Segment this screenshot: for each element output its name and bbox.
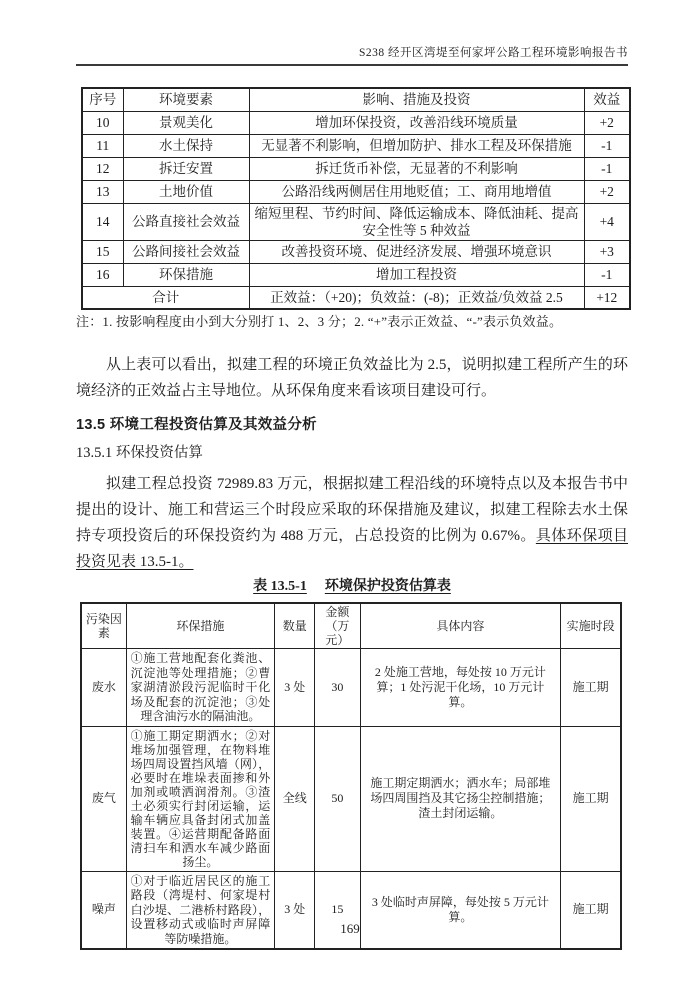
cell-period: 施工期: [561, 871, 621, 949]
cell-detail: 3 处临时声屏障，每处按 5 万元计算。: [360, 871, 561, 949]
cell-impact: 改善投资环境、促进经济发展、增强环境意识: [249, 240, 584, 263]
cell-benefit: +3: [584, 240, 630, 263]
cell-element: 水土保持: [123, 134, 249, 157]
section-heading: 13.5 环境工程投资估算及其效益分析: [76, 415, 628, 435]
cell-factor: 废水: [81, 649, 126, 727]
cell-seq: 15: [82, 240, 123, 263]
table-row: 12 拆迁安置 拆迁货币补偿，无显著的不利影响 -1: [82, 157, 630, 180]
table-row: 15 公路间接社会效益 改善投资环境、促进经济发展、增强环境意识 +3: [82, 240, 630, 263]
cell-impact: 缩短里程、节约时间、降低运输成本、降低油耗、提高安全性等 5 种效益: [249, 203, 584, 240]
cell-element: 土地价值: [123, 180, 249, 203]
investment-estimate-table: 污染因素 环保措施 数量 金额（万元） 具体内容 实施时段 废水 ①施工营地配套…: [80, 602, 622, 950]
cell-seq: 10: [82, 111, 123, 134]
header-rule: [76, 64, 628, 66]
cell-measures: ①施工营地配套化粪池、沉淀池等处理措施；②曹家湖清淤段污泥临时干化场及配套的沉淀…: [126, 649, 275, 727]
header-amount: 金额（万元）: [315, 603, 360, 649]
table2-title-label: 表 13.5-1: [253, 579, 307, 594]
cell-element: 公路直接社会效益: [123, 203, 249, 240]
table-header-row: 污染因素 环保措施 数量 金额（万元） 具体内容 实施时段: [81, 603, 621, 649]
cell-detail: 2 处施工营地，每处按 10 万元计算；1 处污泥干化场，10 万元计算。: [360, 649, 561, 727]
cell-qty: 3 处: [275, 871, 315, 949]
cell-seq: 11: [82, 134, 123, 157]
header-benefit: 效益: [584, 88, 630, 111]
cell-total-label: 合计: [82, 286, 249, 309]
paragraph-investment: 拟建工程总投资 72989.83 万元，根据拟建工程沿线的环境特点以及本报告书中…: [76, 471, 628, 575]
table-row: 10 景观美化 增加环保投资，改善沿线环境质量 +2: [82, 111, 630, 134]
cell-impact: 公路沿线两侧居住用地贬值；工、商用地增值: [249, 180, 584, 203]
cell-element: 景观美化: [123, 111, 249, 134]
cell-factor: 噪声: [81, 871, 126, 949]
table2-title: 表 13.5-1环境保护投资估算表: [76, 578, 628, 596]
cell-seq: 14: [82, 203, 123, 240]
cell-benefit: +2: [584, 180, 630, 203]
cell-detail: 施工期定期洒水；洒水车；局部堆场四周围挡及其它扬尘控制措施；渣土封闭运输。: [360, 726, 561, 871]
table-row-wastewater: 废水 ①施工营地配套化粪池、沉淀池等处理措施；②曹家湖清淤段污泥临时干化场及配套…: [81, 649, 621, 727]
cell-benefit: -1: [584, 263, 630, 286]
cell-benefit: -1: [584, 134, 630, 157]
cell-period: 施工期: [561, 726, 621, 871]
cell-measures: ①对于临近居民区的施工路段（湾堤村、何家堤村白沙堤、二港桥村路段），设置移动式或…: [126, 871, 275, 949]
table-row: 14 公路直接社会效益 缩短里程、节约时间、降低运输成本、降低油耗、提高安全性等…: [82, 203, 630, 240]
cell-benefit: -1: [584, 157, 630, 180]
cell-element: 拆迁安置: [123, 157, 249, 180]
benefit-summary-table: 序号 环境要素 影响、措施及投资 效益 10 景观美化 增加环保投资，改善沿线环…: [81, 87, 631, 310]
table-row: 16 环保措施 增加工程投资 -1: [82, 263, 630, 286]
document-page: S238 经开区湾堤至何家坪公路工程环境影响报告书 序号 环境要素 影响、措施及…: [0, 0, 700, 990]
cell-amount: 15: [315, 871, 360, 949]
header-qty: 数量: [275, 603, 315, 649]
cell-factor: 废气: [81, 726, 126, 871]
table-note: 注：1. 按影响程度由小到大分别打 1、2、3 分；2. “+”表示正效益、“-…: [76, 313, 628, 331]
cell-measures: ①施工期定期洒水；②对堆场加强管理，在物料堆场四周设置挡风墙（网），必要时在堆垛…: [126, 726, 275, 871]
subsection-heading: 13.5.1 环保投资估算: [76, 443, 628, 463]
cell-seq: 12: [82, 157, 123, 180]
cell-element: 环保措施: [123, 263, 249, 286]
table-row-noise: 噪声 ①对于临近居民区的施工路段（湾堤村、何家堤村白沙堤、二港桥村路段），设置移…: [81, 871, 621, 949]
cell-impact: 拆迁货币补偿，无显著的不利影响: [249, 157, 584, 180]
cell-total-benefit: +12: [584, 286, 630, 309]
header-element: 环境要素: [123, 88, 249, 111]
page-content: S238 经开区湾堤至何家坪公路工程环境影响报告书 序号 环境要素 影响、措施及…: [0, 0, 700, 950]
header-period: 实施时段: [561, 603, 621, 649]
header-impact: 影响、措施及投资: [249, 88, 584, 111]
cell-amount: 30: [315, 649, 360, 727]
table-header-row: 序号 环境要素 影响、措施及投资 效益: [82, 88, 630, 111]
cell-impact: 增加工程投资: [249, 263, 584, 286]
header-seq: 序号: [82, 88, 123, 111]
cell-benefit: +4: [584, 203, 630, 240]
paragraph-conclusion: 从上表可以看出，拟建工程的环境正负效益比为 2.5，说明拟建工程所产生的环境经济…: [76, 352, 628, 404]
header-factor: 污染因素: [81, 603, 126, 649]
table-total-row: 合计 正效益：（+20)；负效益：(-8)；正效益/负效益 2.5 +12: [82, 286, 630, 309]
table-row: 13 土地价值 公路沿线两侧居住用地贬值；工、商用地增值 +2: [82, 180, 630, 203]
cell-amount: 50: [315, 726, 360, 871]
cell-seq: 16: [82, 263, 123, 286]
cell-element: 公路间接社会效益: [123, 240, 249, 263]
cell-benefit: +2: [584, 111, 630, 134]
table2-title-text: 环境保护投资估算表: [325, 579, 451, 594]
header-detail: 具体内容: [360, 603, 561, 649]
header-measures: 环保措施: [126, 603, 275, 649]
cell-impact: 增加环保投资，改善沿线环境质量: [249, 111, 584, 134]
table-row-wastegas: 废气 ①施工期定期洒水；②对堆场加强管理，在物料堆场四周设置挡风墙（网），必要时…: [81, 726, 621, 871]
table-row: 11 水土保持 无显著不利影响，但增加防护、排水工程及环保措施 -1: [82, 134, 630, 157]
page-number: 169: [0, 921, 700, 937]
cell-qty: 3 处: [275, 649, 315, 727]
cell-seq: 13: [82, 180, 123, 203]
document-header-title: S238 经开区湾堤至何家坪公路工程环境影响报告书: [76, 46, 628, 61]
cell-impact: 无显著不利影响，但增加防护、排水工程及环保措施: [249, 134, 584, 157]
cell-qty: 全线: [275, 726, 315, 871]
cell-total-impact: 正效益：（+20)；负效益：(-8)；正效益/负效益 2.5: [249, 286, 584, 309]
cell-period: 施工期: [561, 649, 621, 727]
